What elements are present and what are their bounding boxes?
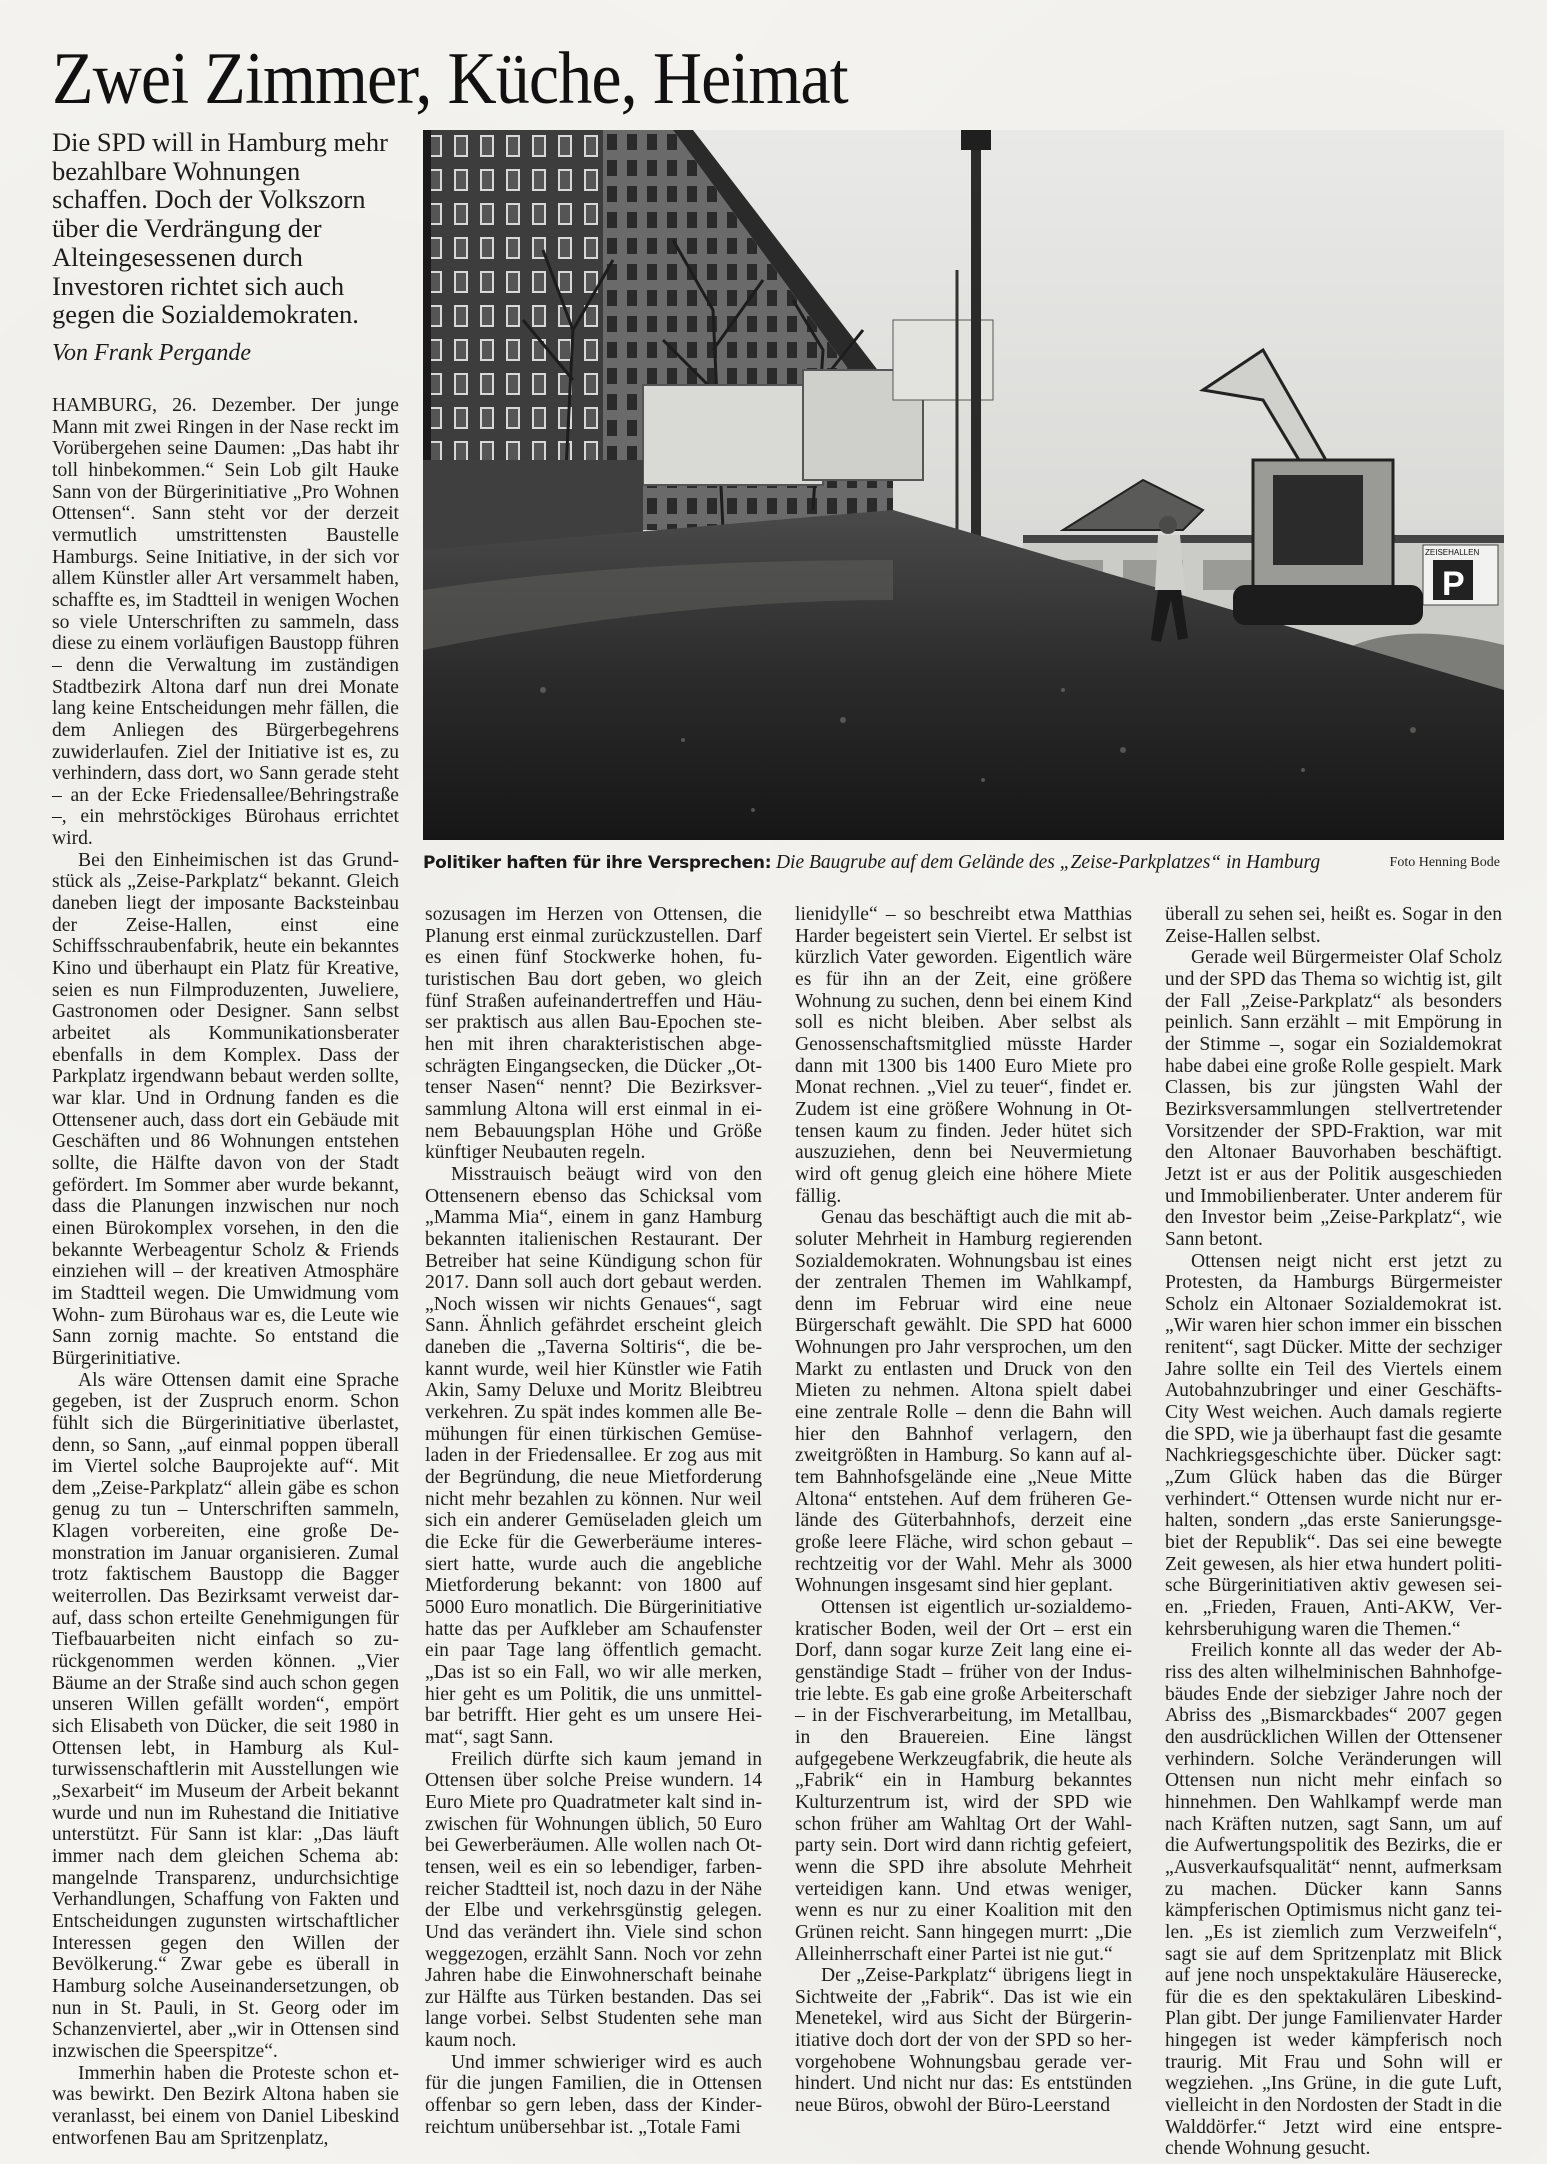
paragraph: Ottensen neigt nicht erst jetzt zu Prote… [1165, 1251, 1502, 1641]
paragraph: Und immer schwieriger wird es auch für d… [425, 2052, 762, 2139]
article-photo: ZEISEHALLEN P [423, 130, 1504, 840]
paragraph: Misstrauisch beäugt wird von den Ottense… [425, 1164, 762, 1749]
article-byline: Von Frank Pergande [52, 340, 251, 367]
article-column-1: HAMBURG, 26. Dezember. Der junge Mann mi… [52, 395, 399, 2149]
caption-text: Die Baugrube auf dem Gelände des „Zeise-… [776, 852, 1320, 873]
article-headline: Zwei Zimmer, Küche, Heimat [52, 38, 848, 120]
paragraph: Der „Zeise-Parkplatz“ übrigens liegt in … [795, 1965, 1132, 2117]
paragraph: Freilich dürfte sich kaum jemand in Ot­t… [425, 1749, 762, 2052]
paragraph: Freilich konnte all das weder der Ab­ris… [1165, 1640, 1502, 2160]
construction-site-image: ZEISEHALLEN P [423, 130, 1504, 840]
photo-caption: Politiker haften für ihre Versprechen: D… [423, 848, 1504, 878]
sign-parking: P [1442, 565, 1465, 603]
paragraph: HAMBURG, 26. Dezember. Der junge Mann mi… [52, 395, 399, 850]
article-column-3: lienidylle“ – so beschreibt etwa Matthia… [795, 904, 1132, 2117]
article-column-4: überall zu sehen sei, heißt es. Sogar in… [1165, 904, 1502, 2160]
paragraph: Als wäre Ottensen damit eine Sprache geg… [52, 1370, 399, 2063]
photo-credit: Foto Henning Bode [1390, 848, 1500, 878]
paragraph: Genau das beschäftigt auch die mit ab­so… [795, 1207, 1132, 1597]
paragraph: lienidylle“ – so beschreibt etwa Matthia… [795, 904, 1132, 1207]
article-deck: Die SPD will in Hamburg mehr bezahlbare … [52, 128, 402, 329]
paragraph: Immerhin haben die Proteste schon et­was… [52, 2063, 399, 2150]
paragraph: sozusagen im Herzen von Ottensen, die Pl… [425, 904, 762, 1164]
paragraph: Bei den Einheimischen ist das Grund­stüc… [52, 850, 399, 1370]
sign-zeisehallen: ZEISEHALLEN [1425, 548, 1479, 557]
caption-lead: Politiker haften für ihre Versprechen: [423, 853, 771, 873]
article-column-2: sozusagen im Herzen von Ottensen, die Pl… [425, 904, 762, 2138]
paragraph: Ottensen ist eigentlich ur-sozialdemo­kr… [795, 1597, 1132, 1965]
paragraph: überall zu sehen sei, heißt es. Sogar in… [1165, 904, 1502, 947]
paragraph: Gerade weil Bürgermeister Olaf Scholz un… [1165, 947, 1502, 1250]
